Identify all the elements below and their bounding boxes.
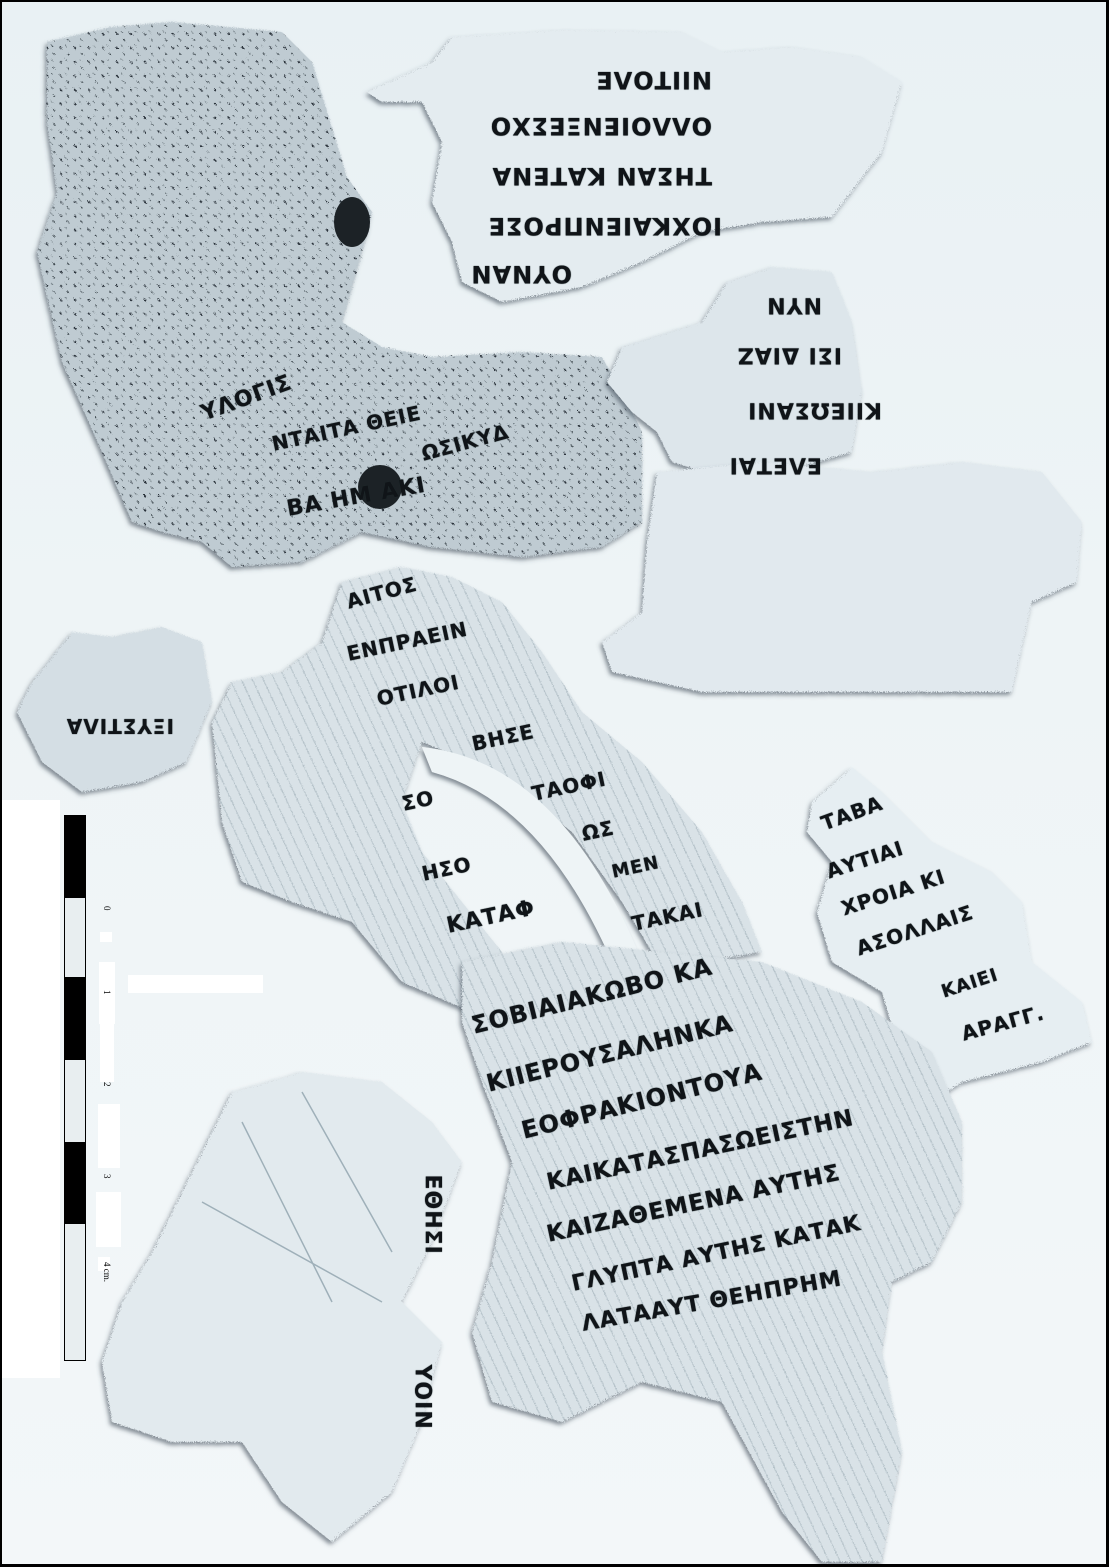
fragment-bottom-left (102, 1072, 462, 1542)
scale-label-4: 4 cm. (102, 1262, 112, 1282)
scale-bar (64, 815, 86, 1361)
fragment-left-small (17, 627, 212, 792)
fragment-line: ΙΟΧΚΑΙΕΝΠΡΟΣΕ (488, 212, 722, 240)
retouch-patch (128, 975, 263, 993)
fragment-line: ΟΛΛΟΙΕΝΞΕΣΧΟ (490, 112, 712, 140)
fragment-line: ΙΞΥΣΤΙΛΑ (66, 714, 174, 738)
photo-frame: ΝΙΙΤΟΛΕ ΟΛΛΟΙΕΝΞΕΣΧΟ ΤΗΣΑΝ ΚΑΤΕΝΑ ΙΟΧΚΑΙ… (2, 2, 1106, 1564)
fragment-line: ΚΙΙΕΩΣΑΝΙ (747, 397, 882, 422)
fragment-line: ΟΥΝΑΝ (470, 260, 572, 288)
fragment-line: ΥΟΙΝ (410, 1365, 435, 1430)
scale-label-2: 2 (102, 1082, 112, 1087)
scale-label-1: 1 (102, 990, 112, 995)
fragment-line: ΝΥΝ (766, 292, 822, 317)
scale-label-3: 3 (102, 1174, 112, 1179)
scale-label-0: 0 (102, 906, 112, 911)
scale-backing (2, 800, 60, 1378)
fragment-upper-right (607, 267, 862, 477)
fragment-line: ΤΗΣΑΝ ΚΑΤΕΝΑ (492, 162, 712, 190)
fragment-line: ΝΙΙΤΟΛΕ (595, 66, 712, 94)
fragment-line: ΕΛΕΤΑΙ (729, 452, 822, 477)
fragment-line: ΙΣΙ ΔΙΑΖ (737, 342, 842, 367)
fragment-line: ΕΘΗΣΙ (420, 1175, 445, 1255)
fragment-right-blank (602, 462, 1082, 692)
